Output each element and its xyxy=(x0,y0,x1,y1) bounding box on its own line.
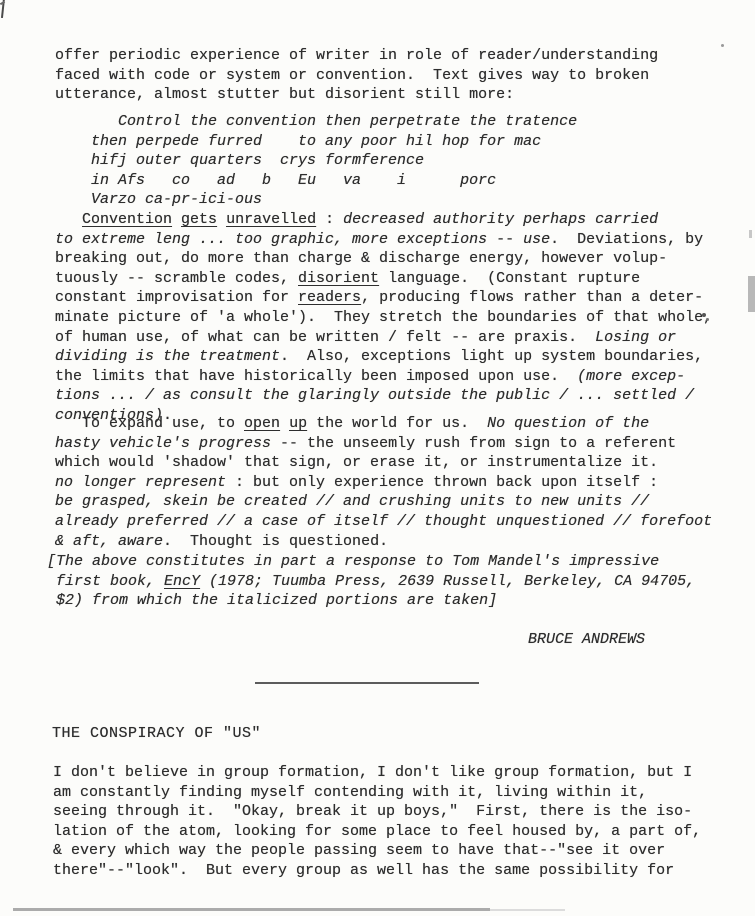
scan-speck xyxy=(702,313,706,317)
scanned-document-page: offer periodic experience of writer in r… xyxy=(0,0,755,916)
bracketed-editorial-note: [The above constitutes in part a respons… xyxy=(47,552,695,611)
scan-speck xyxy=(706,318,709,321)
author-signature: BRUCE ANDREWS xyxy=(528,630,645,650)
scan-bottom-line xyxy=(13,908,490,911)
quoted-poem-block: Control the convention then perpetrate t… xyxy=(55,112,577,210)
intro-paragraph: offer periodic experience of writer in r… xyxy=(55,46,658,105)
scan-speck xyxy=(721,44,724,47)
section-title: THE CONSPIRACY OF "US" xyxy=(52,724,261,744)
scan-speck xyxy=(749,230,752,238)
convention-paragraph: Convention gets unravelled : decreased a… xyxy=(55,210,712,426)
section-divider-rule xyxy=(255,682,479,684)
scan-edge-smudge xyxy=(748,276,755,312)
scan-bottom-line-faint xyxy=(490,909,565,911)
conspiracy-paragraph: I don't believe in group formation, I do… xyxy=(53,763,701,881)
expand-use-paragraph: To expand use, to open up the world for … xyxy=(55,414,712,551)
